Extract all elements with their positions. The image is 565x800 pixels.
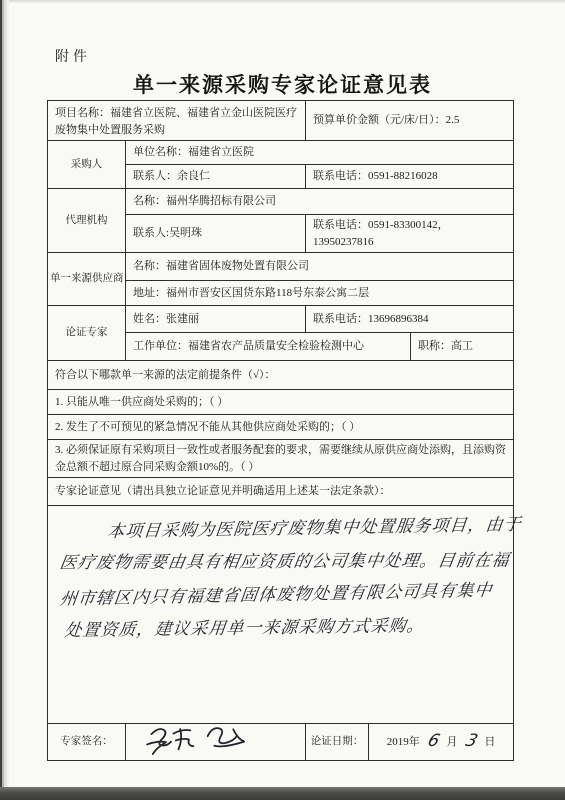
supplier-address-cell: 地址：福州市晋安区国货东路118号东泰公寓二层 — [126, 281, 514, 306]
expert-name-label: 姓名： — [133, 313, 166, 325]
agency-name-label: 名称： — [133, 195, 166, 207]
agency-section-label: 代理机构 — [48, 189, 126, 253]
opinion-handwriting-cell: 本项目采购为医院医疗废物集中处置服务项目，由于 医疗废物需要由具有相应资质的公司… — [48, 506, 514, 724]
table-row: 本项目采购为医院医疗废物集中处置服务项目，由于 医疗废物需要由具有相应资质的公司… — [48, 506, 514, 724]
expert-phone-cell: 联系电话：13696896384 — [306, 306, 514, 333]
expert-workplace-label: 工作单位： — [133, 340, 188, 352]
supplier-section-label: 单一来源供应商 — [48, 253, 126, 306]
project-name-cell: 项目名称：福建省立医院、福建省立金山医院医疗废物集中处置服务采购 — [48, 101, 306, 141]
supplier-address-value: 福州市晋安区国货东路118号东泰公寓二层 — [166, 287, 369, 299]
purchaser-unit-value: 福建省立医院 — [188, 146, 254, 158]
opinion-header-cell: 专家论证意见（请出具独立论证意见并明确适用上述某一法定条款）： — [48, 478, 514, 506]
date-cell: 2019年 6 月 3 日 — [369, 724, 514, 761]
supplier-name-value: 福建省固体废物处置有限公司 — [166, 260, 309, 272]
condition-item-1: 1. 只能从唯一供应商处采购的；（ ） — [48, 390, 514, 415]
agency-contact-cell: 联系人:吴明珠 — [126, 215, 306, 253]
agency-phone-cell: 联系电话：0591-83300142，13950237816 — [306, 215, 514, 253]
table-row: 专家论证意见（请出具独立论证意见并明确适用上述某一法定条款）： — [48, 478, 514, 506]
handwritten-opinion: 本项目采购为医院医疗废物集中处置服务项目，由于 医疗废物需要由具有相应资质的公司… — [59, 510, 505, 647]
scan-edge-top — [0, 0, 565, 3]
purchaser-contact-value: 余良仁 — [177, 170, 210, 182]
purchaser-unit-cell: 单位名称：福建省立医院 — [126, 141, 514, 165]
scanned-document-page: 附件 单一来源采购专家论证意见表 项目名称：福建省立医院、福建省立金山医院医疗废… — [0, 0, 565, 800]
purchaser-phone-value: 0591-88216028 — [368, 170, 438, 182]
expert-title-value: 高工 — [451, 340, 473, 352]
supplier-name-cell: 名称：福建省固体废物处置有限公司 — [126, 253, 514, 281]
table-row: 代理机构 名称：福州华腾招标有限公司 — [48, 189, 514, 215]
date-day-unit: 日 — [484, 734, 495, 751]
page-title: 单一来源采购专家论证意见表 — [0, 69, 565, 99]
purchaser-contact-label: 联系人： — [133, 170, 177, 182]
expert-signature-handwriting — [136, 719, 286, 759]
table-row: 2. 发生了不可预见的紧急情况不能从其他供应商处采购的；（ ） — [48, 415, 514, 440]
expert-workplace-cell: 工作单位：福建省农产品质量安全检验检测中心 — [126, 333, 411, 361]
date-month-unit: 月 — [447, 734, 458, 751]
budget-value: 2.5 — [446, 114, 460, 126]
expert-title-label: 职称： — [418, 340, 451, 352]
table-row: 论证专家 姓名：张建丽 联系电话：13696896384 — [48, 306, 514, 333]
expert-phone-label: 联系电话： — [313, 313, 368, 325]
expert-workplace-value: 福建省农产品质量安全检验检测中心 — [188, 340, 364, 352]
purchaser-phone-label: 联系电话： — [313, 170, 368, 182]
conditions-header-cell: 符合以下哪款单一来源的法定前提条件（√）： — [48, 361, 514, 390]
date-day-handwritten: 3 — [462, 729, 481, 755]
table-row: 1. 只能从唯一供应商处采购的；（ ） — [48, 390, 514, 415]
purchaser-unit-label: 单位名称： — [133, 146, 188, 158]
table-row: 符合以下哪款单一来源的法定前提条件（√）： — [48, 361, 514, 390]
table-row: 采购人 单位名称：福建省立医院 — [48, 141, 514, 165]
date-label: 论证日期： — [306, 724, 369, 761]
budget-label: 预算单价金额（元/床/日）： — [313, 114, 446, 126]
date-year: 2019年 — [387, 734, 420, 751]
signature-cell — [126, 724, 306, 761]
agency-name-value: 福州华腾招标有限公司 — [166, 195, 276, 207]
project-name-label: 项目名称： — [55, 107, 110, 119]
table-row: 单一来源供应商 名称：福建省固体废物处置有限公司 — [48, 253, 514, 281]
supplier-address-label: 地址： — [133, 287, 166, 299]
expert-name-value: 张建丽 — [166, 313, 199, 325]
condition-item-2: 2. 发生了不可预见的紧急情况不能从其他供应商处采购的；（ ） — [48, 415, 514, 440]
scan-edge-left — [0, 0, 9, 800]
expert-name-cell: 姓名：张建丽 — [126, 306, 306, 333]
date-month-handwritten: 6 — [424, 729, 443, 755]
condition-item-3: 3. 必须保证原有采购项目一致性或者服务配套的要求，需要继续从原供应商处添购，且… — [48, 440, 514, 478]
purchaser-contact-cell: 联系人：余良仁 — [126, 165, 306, 189]
signature-label: 专家签名： — [48, 724, 126, 761]
demonstration-date: 2019年 6 月 3 日 — [376, 729, 506, 755]
purchaser-section-label: 采购人 — [48, 141, 126, 189]
table-row: 3. 必须保证原有采购项目一致性或者服务配套的要求，需要继续从原供应商处添购，且… — [48, 440, 514, 478]
expert-section-label: 论证专家 — [48, 306, 126, 361]
expert-title-cell: 职称：高工 — [411, 333, 514, 361]
scan-edge-bottom — [0, 787, 565, 800]
agency-contact-value: 吴明珠 — [169, 227, 202, 239]
supplier-name-label: 名称： — [133, 260, 166, 272]
agency-contact-label: 联系人: — [133, 227, 169, 239]
opinion-form-table: 项目名称：福建省立医院、福建省立金山医院医疗废物集中处置服务采购 预算单价金额（… — [47, 100, 514, 761]
budget-cell: 预算单价金额（元/床/日）：2.5 — [306, 101, 514, 141]
purchaser-phone-cell: 联系电话：0591-88216028 — [306, 165, 514, 189]
attachment-label: 附件 — [55, 46, 91, 66]
expert-phone-value: 13696896384 — [368, 313, 429, 325]
handwritten-opinion-line: 本项目采购为医院医疗废物集中处置服务项目，由于 — [58, 508, 507, 549]
table-row: 项目名称：福建省立医院、福建省立金山医院医疗废物集中处置服务采购 预算单价金额（… — [48, 101, 514, 141]
agency-phone-label: 联系电话： — [313, 219, 368, 231]
table-row: 专家签名： 论证日期： 2019年 6 月 3 日 — [48, 724, 514, 761]
agency-name-cell: 名称：福州华腾招标有限公司 — [126, 189, 514, 215]
handwritten-opinion-line: 处置资质，建议采用单一来源采购方式采购。 — [59, 608, 508, 647]
